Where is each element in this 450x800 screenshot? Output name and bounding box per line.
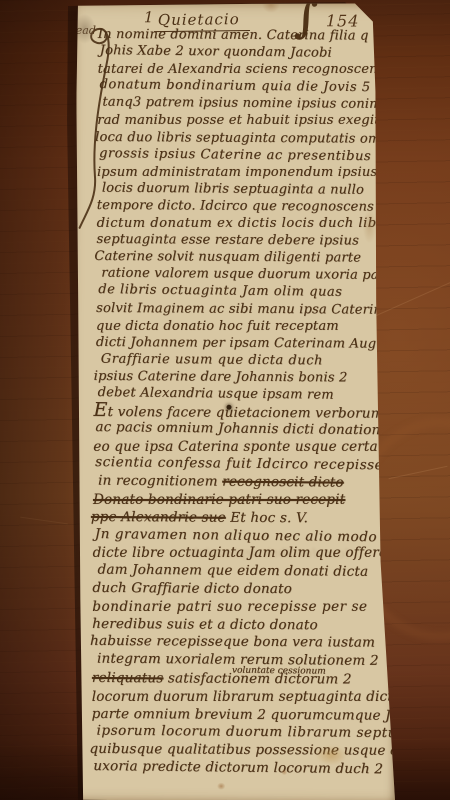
heading-mark: 1: [144, 8, 154, 26]
manuscript-page: ead 1 Quietacio ∫ 154 In nomine domini a…: [67, 0, 402, 800]
photo-of-manuscript: ead 1 Quietacio ∫ 154 In nomine domini a…: [0, 0, 450, 800]
paper-stain: [217, 783, 225, 790]
manuscript-line: locorum duorum librarum septuaginta dict…: [92, 689, 439, 707]
manuscript-line: uxoria predicte dictorum locorum duch 2: [93, 758, 440, 780]
pin-hole: [226, 405, 231, 410]
paper-stain: [281, 769, 287, 775]
ink-showthrough: loca duo libris septuaginta: [99, 545, 349, 561]
paper-stain: [315, 745, 347, 765]
